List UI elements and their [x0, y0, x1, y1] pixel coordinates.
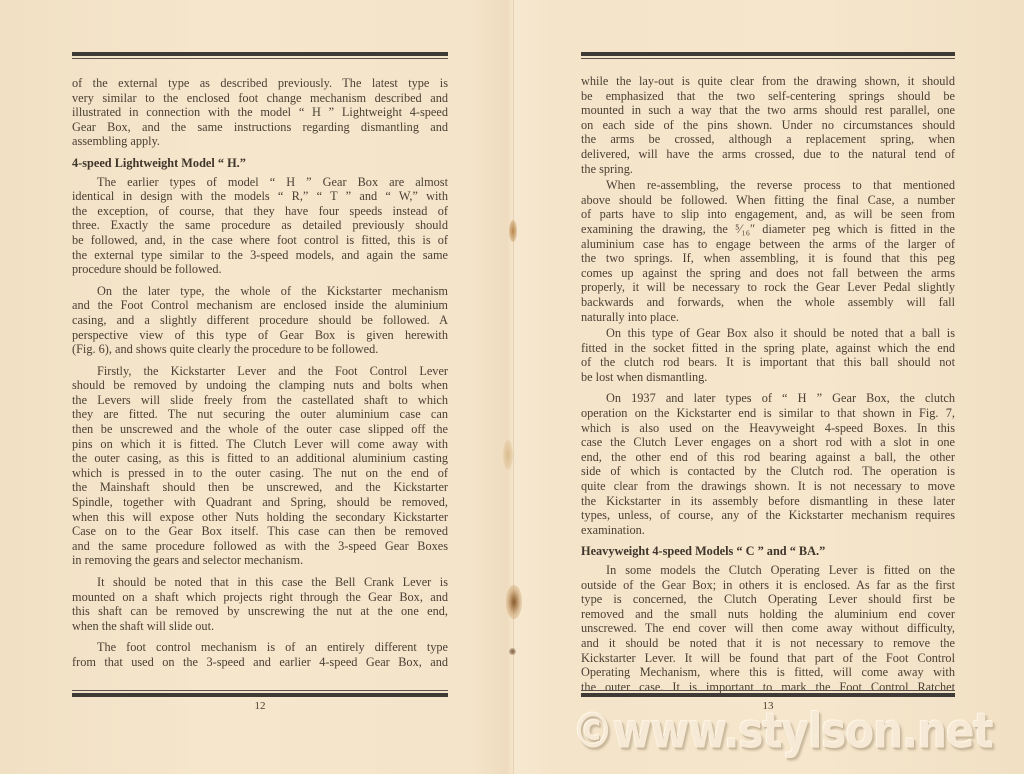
- top-rule: [581, 52, 955, 59]
- text-line: be followed, and, in the case where foot…: [72, 233, 448, 248]
- paragraph: The foot control mechanism is of an enti…: [72, 640, 448, 669]
- right-page: while the lay-out is quite clear from th…: [581, 0, 955, 774]
- text-line: backwards and forwards, when the whole a…: [581, 295, 955, 310]
- text-line: the spring.: [581, 162, 955, 177]
- text-line: this shaft can be removed by unscrewing …: [72, 604, 448, 619]
- text-line: Case on to the Gear Box itself. This cas…: [72, 524, 448, 539]
- text-line: be lost when dismantling.: [581, 370, 955, 385]
- text-line: of parts have to slip into engagement, a…: [581, 207, 955, 222]
- text-line: On 1937 and later types of “ H ” Gear Bo…: [581, 391, 955, 406]
- paragraph: On this type of Gear Box also it should …: [581, 326, 955, 384]
- text-line: type is concerned, the Clutch Operating …: [581, 592, 955, 607]
- text-line: the Kickstarter in its assembly before d…: [581, 494, 955, 509]
- text-line: It should be noted that in this case the…: [72, 575, 448, 590]
- text-line: while the lay-out is quite clear from th…: [581, 74, 955, 89]
- text-line: Spindle, together with Quadrant and Spri…: [72, 495, 448, 510]
- text-line: they are fitted. The nut securing the ou…: [72, 407, 448, 422]
- text-line: when this will expose other Nuts holding…: [72, 510, 448, 525]
- text-line: which is also used on the Heavyweight 4-…: [581, 421, 955, 436]
- text-line: the two springs. If, when assembling, it…: [581, 251, 955, 266]
- gutter-stain: [503, 440, 513, 470]
- text-line: types, unless, of course, any of the Kic…: [581, 508, 955, 523]
- text-line: end, the other end of this rod bearing a…: [581, 450, 955, 465]
- top-rule: [72, 52, 448, 59]
- text-line: examining the drawing, the ⁵⁄₁₆″ diamete…: [581, 222, 955, 237]
- bottom-rule: [72, 690, 448, 697]
- paragraph: When re-assembling, the reverse process …: [581, 178, 955, 324]
- text-line: from that used on the 3-speed and earlie…: [72, 655, 448, 670]
- text-line: delivered, will have the arms crossed, d…: [581, 147, 955, 162]
- paragraph: of the external type as described previo…: [72, 76, 448, 149]
- text-line: in removing the gears and selector mecha…: [72, 553, 448, 568]
- text-line: very similar to the enclosed foot change…: [72, 91, 448, 106]
- text-line: side of which is contacted by the Clutch…: [581, 464, 955, 479]
- text-line: the exception, of course, that they have…: [72, 204, 448, 219]
- text-line: be emphasized that the two self-centerin…: [581, 89, 955, 104]
- text-line: properly, it will be necessary to rock t…: [581, 280, 955, 295]
- text-line: unscrewed. The end cover will then come …: [581, 621, 955, 636]
- text-line: the Mainshaft should then be unscrewed, …: [72, 480, 448, 495]
- text-line: the Levers will slide freely from the ca…: [72, 393, 448, 408]
- text-line: In some models the Clutch Operating Leve…: [581, 563, 955, 578]
- text-line: the arms be crossed, although a replacem…: [581, 132, 955, 147]
- text-line: which is pressed in to the outer casing.…: [72, 466, 448, 481]
- text-line: case the Clutch Lever engages on a short…: [581, 435, 955, 450]
- text-line: above should be followed. When fitting t…: [581, 193, 955, 208]
- text-line: On the later type, the whole of the Kick…: [72, 284, 448, 299]
- text-line: when the shaft will slide out.: [72, 619, 448, 634]
- text-line: and the same procedure followed as with …: [72, 539, 448, 554]
- text-line: Operating Mechanism, where this is fitte…: [581, 665, 955, 680]
- text-line: the external type similar to the 3-speed…: [72, 248, 448, 263]
- paragraph: On 1937 and later types of “ H ” Gear Bo…: [581, 391, 955, 537]
- text-line: identical in design with the models “ R,…: [72, 189, 448, 204]
- book-gutter: [513, 0, 514, 774]
- text-line: outside of the Gear Box; in others it is…: [581, 578, 955, 593]
- paragraph: On the later type, the whole of the Kick…: [72, 284, 448, 357]
- paragraph: Firstly, the Kickstarter Lever and the F…: [72, 364, 448, 568]
- text-line: Firstly, the Kickstarter Lever and the F…: [72, 364, 448, 379]
- text-line: on each side of the pins shown. Under no…: [581, 118, 955, 133]
- text-line: three. Exactly the same procedure as det…: [72, 218, 448, 233]
- text-line: The earlier types of model “ H ” Gear Bo…: [72, 175, 448, 190]
- text-line: illustrated in connection with the model…: [72, 105, 448, 120]
- text-line: Gear Box, and the same instructions rega…: [72, 120, 448, 135]
- text-line: mounted on a shaft which projects right …: [72, 590, 448, 605]
- text-line: aluminium case has to engage between the…: [581, 237, 955, 252]
- section-heading: Heavyweight 4-speed Models “ C ” and “ B…: [581, 544, 955, 559]
- gutter-stain: [509, 648, 516, 655]
- text-line: quite clear from the drawings shown. It …: [581, 479, 955, 494]
- text-line: naturally into place.: [581, 310, 955, 325]
- text-line: casing, and a slightly different procedu…: [72, 313, 448, 328]
- text-line: removed and the small nuts holding the a…: [581, 607, 955, 622]
- paragraph: while the lay-out is quite clear from th…: [581, 74, 955, 176]
- text-line: the outer casing, as this is fitted to a…: [72, 451, 448, 466]
- text-line: procedure should be followed.: [72, 262, 448, 277]
- text-line: of the clutch rod bears. It is important…: [581, 355, 955, 370]
- text-line: perspective view of this type of Gear Bo…: [72, 328, 448, 343]
- text-line: mounted in such a way that the two arms …: [581, 103, 955, 118]
- text-line: operation on the Kickstarter end is simi…: [581, 406, 955, 421]
- text-line: and it should be noted that it is not ne…: [581, 636, 955, 651]
- text-line: then be unscrewed and the whole of the o…: [72, 422, 448, 437]
- gutter-stain: [506, 585, 522, 619]
- paragraph: In some models the Clutch Operating Leve…: [581, 563, 955, 694]
- page-text: while the lay-out is quite clear from th…: [581, 74, 955, 701]
- page-number: 12: [72, 700, 448, 712]
- section-heading: 4-speed Lightweight Model “ H.”: [72, 156, 448, 171]
- text-line: examination.: [581, 523, 955, 538]
- text-line: The foot control mechanism is of an enti…: [72, 640, 448, 655]
- gutter-stain: [509, 220, 517, 242]
- text-line: Kickstarter Lever. It will be found that…: [581, 651, 955, 666]
- left-page: of the external type as described previo…: [72, 0, 448, 774]
- paragraph: The earlier types of model “ H ” Gear Bo…: [72, 175, 448, 277]
- watermark: ©www.stylson.net: [572, 704, 982, 759]
- book-spread: of the external type as described previo…: [0, 0, 1024, 774]
- text-line: comes up against the spring and does not…: [581, 266, 955, 281]
- text-line: fitted in the socket fitted in the sprin…: [581, 341, 955, 356]
- text-line: of the external type as described previo…: [72, 76, 448, 91]
- page-text: of the external type as described previo…: [72, 76, 448, 677]
- text-line: pins on which it is fitted. The Clutch L…: [72, 437, 448, 452]
- bottom-rule: [581, 690, 955, 697]
- text-line: should be removed by undoing the clampin…: [72, 378, 448, 393]
- text-line: assembling apply.: [72, 134, 448, 149]
- paragraph: It should be noted that in this case the…: [72, 575, 448, 633]
- text-line: (Fig. 6), and shows quite clearly the pr…: [72, 342, 448, 357]
- text-line: On this type of Gear Box also it should …: [581, 326, 955, 341]
- text-line: and the Foot Control mechanism are enclo…: [72, 298, 448, 313]
- text-line: When re-assembling, the reverse process …: [581, 178, 955, 193]
